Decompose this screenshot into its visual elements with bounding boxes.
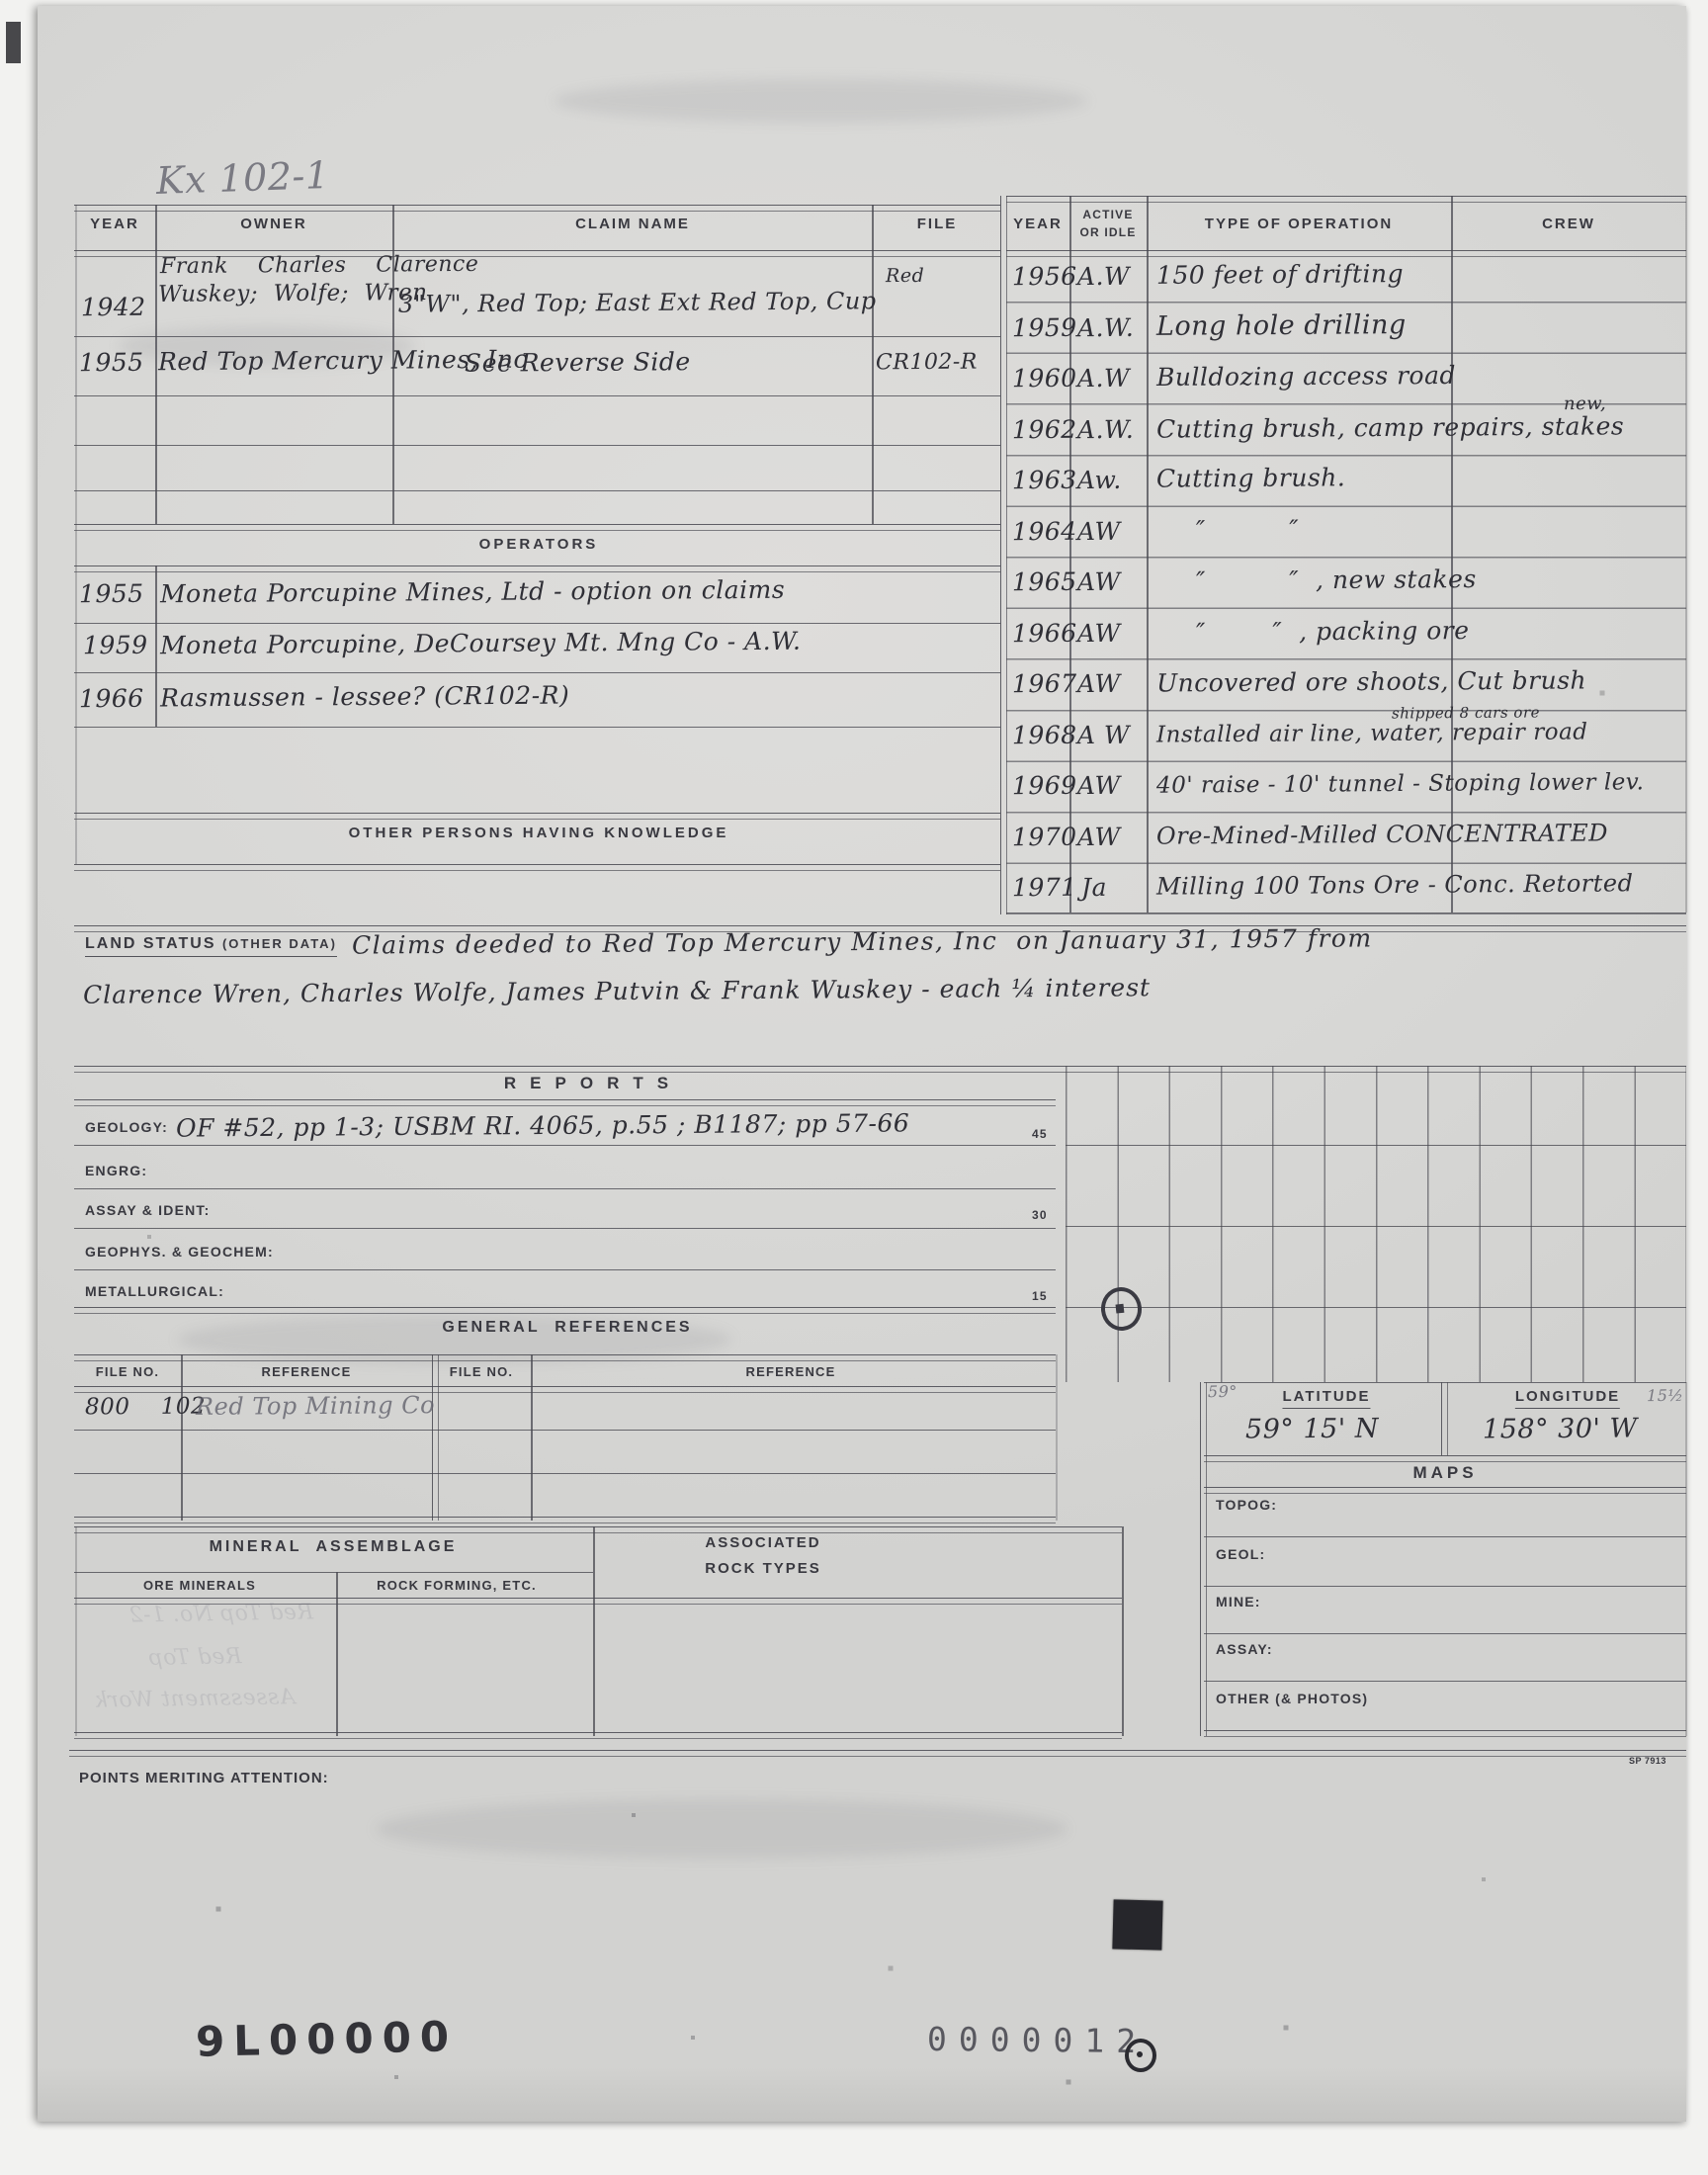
rule	[74, 1526, 1122, 1533]
ops-row-operation: Long hole drilling	[1156, 309, 1407, 342]
rule	[1204, 1487, 1686, 1494]
bleedthrough-smudge	[554, 79, 1087, 123]
ops-row-operation: Installed air line, water, repair road	[1156, 719, 1588, 747]
rule	[872, 205, 874, 524]
rule	[1204, 1536, 1686, 1537]
rule	[1685, 1382, 1687, 1736]
rule	[74, 1145, 1056, 1146]
bleedthrough-smudge	[376, 1799, 1067, 1859]
ops-row-status: Ja	[1081, 873, 1107, 902]
rule	[1006, 913, 1686, 913]
ops-row-status: AW	[1077, 517, 1121, 546]
associated-rock-types-line1: ASSOCIATED	[705, 1534, 820, 1551]
operators-section-title: OPERATORS	[479, 536, 599, 553]
ops-row-status: A.W.	[1077, 313, 1134, 342]
reports-section-title: REPORTS	[504, 1074, 682, 1093]
rule	[74, 864, 1000, 871]
claim-row-claim-name: 3"W", Red Top; East Ext Red Top, Cup	[398, 287, 877, 317]
rule	[74, 336, 1000, 337]
land-status-label-paren: (OTHER DATA)	[222, 936, 337, 951]
ops-row-year: 1965	[1012, 567, 1077, 596]
rule	[74, 490, 1000, 491]
mineral-assemblage-title: MINERAL ASSEMBLAGE	[210, 1538, 458, 1556]
claims-header-owner: OWNER	[240, 216, 307, 232]
latitude-value-handwritten: 59° 15' N	[1245, 1414, 1379, 1445]
card-code-handwritten: Kx 102-1	[155, 153, 330, 203]
scan-edge-mark	[6, 22, 21, 63]
rule	[1006, 250, 1686, 257]
land-status-label-group: LAND STATUS (OTHER DATA)	[85, 935, 337, 957]
geophys-geochem-label: GEOPHYS. & GEOCHEM:	[85, 1244, 274, 1260]
rule	[432, 1354, 439, 1521]
ops-row-operation-superscript: new,	[1564, 393, 1606, 414]
rule	[69, 1750, 1686, 1757]
ops-header-type-of-operation: TYPE OF OPERATION	[1205, 216, 1393, 232]
ops-row-status: AW	[1077, 823, 1121, 851]
rule	[74, 1572, 593, 1573]
rule	[74, 524, 1000, 531]
rule	[1204, 1681, 1686, 1682]
rule	[181, 1354, 183, 1521]
rule	[74, 1354, 1056, 1361]
rule	[1204, 1455, 1686, 1462]
rule	[74, 727, 1000, 728]
maps-assay-label: ASSAY:	[1216, 1641, 1273, 1657]
rule	[1204, 1586, 1686, 1587]
claim-row-owner-surnames: Wuskey; Wolfe; Wren	[158, 280, 428, 307]
rule	[1685, 196, 1687, 913]
rule	[74, 623, 1000, 624]
rule	[74, 1430, 1056, 1431]
ops-row-operation-superscript: shipped 8 cars ore	[1392, 703, 1540, 722]
ops-row-operation: Bulldozing access road	[1156, 361, 1456, 391]
genref-row-file-no: 800 102	[85, 1394, 206, 1421]
ops-row-year: 1960	[1012, 364, 1077, 392]
ops-row-operation: ″ ″	[1196, 515, 1299, 545]
ops-row-status: A.W.	[1077, 415, 1134, 444]
ops-row-status: A.W	[1077, 262, 1130, 291]
rule	[74, 1517, 1056, 1523]
ops-row-year: 1967	[1012, 669, 1077, 698]
claim-row-claim-name: See Reverse Side	[465, 347, 691, 378]
claims-header-year: YEAR	[90, 216, 139, 232]
genref-header-reference-1: REFERENCE	[262, 1364, 352, 1379]
points-meriting-attention-label: POINTS MERITING ATTENTION:	[79, 1770, 329, 1786]
ops-row-year: 1966	[1012, 619, 1077, 648]
rule	[1204, 1633, 1686, 1634]
rule	[75, 205, 77, 864]
ops-row-year: 1971	[1012, 873, 1077, 902]
rule	[74, 395, 1000, 396]
geology-value-handwritten: OF #52, pp 1-3; USBM RI. 4065, p.55 ; B1…	[176, 1108, 909, 1142]
rule	[1056, 1354, 1058, 1521]
maps-mine-label: MINE:	[1216, 1594, 1261, 1609]
rule	[1200, 1382, 1207, 1736]
ore-minerals-label: ORE MINERALS	[143, 1578, 256, 1593]
genref-header-file-no-1: FILE NO.	[96, 1364, 160, 1379]
assay-ident-label: ASSAY & IDENT:	[85, 1202, 211, 1218]
rule	[155, 205, 157, 524]
ops-row-year: 1963	[1012, 466, 1077, 494]
other-persons-section-title: OTHER PERSONS HAVING KNOWLEDGE	[349, 825, 729, 841]
claim-row-owner-firstnames: Frank Charles Clarence	[160, 252, 479, 279]
claims-header-claim-name: CLAIM NAME	[575, 216, 690, 232]
maps-geol-label: GEOL:	[1216, 1546, 1265, 1562]
ops-row-year: 1970	[1012, 823, 1077, 851]
ops-row-operation: ″ ″ , packing ore	[1196, 616, 1470, 647]
rule	[74, 1099, 1056, 1106]
location-grid-columns	[1066, 1066, 1686, 1382]
metallurgical-label: METALLURGICAL:	[85, 1283, 224, 1299]
serial-stamp-bottom-left: 9L00000	[196, 2012, 459, 2066]
ops-row-year: 1969	[1012, 771, 1077, 800]
rule	[74, 1269, 1056, 1270]
claim-row-claim-superscript: Red	[886, 265, 924, 287]
rule	[1006, 196, 1686, 203]
operator-row-entry: Rasmussen - lessee? (CR102-R)	[160, 681, 569, 713]
ops-row-year: 1962	[1012, 415, 1077, 444]
land-status-label: LAND STATUS	[85, 935, 222, 952]
ops-row-status: Aw.	[1077, 466, 1122, 494]
rule	[74, 565, 1000, 572]
margin-number-45: 45	[1032, 1127, 1048, 1141]
geology-label: GEOLOGY:	[85, 1119, 168, 1135]
ops-row-year: 1964	[1012, 517, 1077, 546]
rule	[531, 1354, 533, 1521]
rule	[75, 1526, 77, 1736]
latitude-pencil-note: 59°	[1208, 1382, 1238, 1401]
ops-row-operation: Milling 100 Tons Ore - Conc. Retorted	[1156, 869, 1634, 900]
rule	[1066, 1226, 1686, 1227]
dark-square-mark	[1112, 1899, 1162, 1950]
rule	[74, 813, 1000, 820]
rule	[1451, 196, 1453, 913]
scan-speckles	[0, 0, 2, 2]
ops-header-active: ACTIVE	[1082, 208, 1133, 221]
maps-other-photos-label: OTHER (& PHOTOS)	[1216, 1691, 1368, 1706]
bleedthrough-text: Red Top No. 1-2	[128, 1600, 313, 1627]
ops-row-year: 1968	[1012, 721, 1077, 749]
operator-row-year: 1966	[79, 684, 144, 713]
ops-header-or-idle: OR IDLE	[1079, 225, 1136, 239]
ops-row-status: AW	[1077, 669, 1121, 698]
operator-row-entry: Moneta Porcupine Mines, Ltd - option on …	[160, 575, 785, 608]
ops-row-status: AW	[1077, 567, 1121, 596]
genref-row-reference: Red Top Mining Co	[196, 1391, 435, 1421]
ops-row-status: A.W	[1077, 364, 1130, 392]
operator-row-entry: Moneta Porcupine, DeCoursey Mt. Mng Co -…	[160, 627, 802, 660]
registration-ring-mark	[1125, 2039, 1156, 2072]
maps-topog-label: TOPOG:	[1216, 1497, 1277, 1513]
claim-row-file-no: CR102-R	[876, 350, 978, 376]
rule	[74, 1732, 1122, 1739]
rule	[1066, 1145, 1686, 1146]
rule	[1204, 1730, 1686, 1737]
rule	[336, 1572, 338, 1736]
ops-row-status: AW	[1077, 619, 1121, 648]
ops-row-operation: Uncovered ore shoots, Cut brush	[1156, 665, 1586, 697]
rule	[74, 205, 1000, 212]
claim-row-year: 1942	[81, 293, 146, 321]
ops-row-operation: Ore-Mined-Milled CONCENTRATED	[1156, 819, 1608, 849]
rule	[74, 672, 1000, 673]
maps-section-title: MAPS	[1412, 1463, 1477, 1483]
serial-stamp-bottom-right: 0000012	[927, 2020, 1148, 2060]
operator-row-year: 1955	[79, 579, 144, 608]
ops-header-crew: CREW	[1542, 216, 1595, 232]
longitude-pencil-note: 15½	[1647, 1386, 1684, 1405]
longitude-value-handwritten: 158° 30' W	[1483, 1413, 1638, 1444]
rule	[593, 1526, 595, 1736]
rule	[74, 1188, 1056, 1189]
rule	[74, 445, 1000, 446]
rule	[1069, 196, 1071, 913]
ops-row-operation: ″ ″ , new stakes	[1196, 565, 1477, 595]
ops-row-year: 1959	[1012, 313, 1077, 342]
rule	[1147, 196, 1149, 913]
ops-row-operation: 40' raise - 10' tunnel - Stoping lower l…	[1156, 769, 1645, 798]
genref-header-file-no-2: FILE NO.	[450, 1364, 514, 1379]
general-references-title: GENERAL REFERENCES	[442, 1319, 692, 1337]
scanned-mining-record-card: Kx 102-1 YEAR OWNER CLAIM NAME FILE 1942…	[0, 0, 1708, 2175]
rule	[1441, 1382, 1448, 1455]
bleedthrough-text: Red Top	[148, 1644, 242, 1671]
margin-number-15: 15	[1032, 1289, 1048, 1303]
rule	[74, 1473, 1056, 1474]
claim-row-year: 1955	[79, 348, 144, 377]
genref-header-reference-2: REFERENCE	[746, 1364, 836, 1379]
rule	[1066, 1307, 1686, 1308]
margin-number-30: 30	[1032, 1208, 1048, 1222]
rule	[155, 565, 157, 727]
ops-row-year: 1956	[1012, 262, 1077, 291]
operator-row-year: 1959	[83, 631, 148, 659]
ops-row-operation: 150 feet of drifting	[1156, 259, 1404, 290]
ops-row-status: A W	[1077, 721, 1130, 749]
latitude-label: LATITUDE	[1282, 1388, 1370, 1409]
rule	[74, 1228, 1056, 1229]
bleedthrough-text: Assessment Work	[94, 1685, 296, 1713]
rock-forming-label: ROCK FORMING, ETC.	[377, 1578, 537, 1593]
associated-rock-types-line2: ROCK TYPES	[705, 1560, 821, 1577]
form-number: SP 7913	[1629, 1756, 1666, 1766]
engrg-label: ENGRG:	[85, 1163, 147, 1178]
ops-header-year: YEAR	[1013, 216, 1063, 232]
rule	[1122, 1526, 1124, 1736]
scan-bottom-shadow	[38, 2066, 1686, 2122]
ops-row-operation: Cutting brush, camp repairs, stakes	[1156, 411, 1624, 443]
rule	[74, 1307, 1056, 1314]
claims-header-file: FILE	[917, 216, 958, 232]
longitude-label: LONGITUDE	[1515, 1388, 1620, 1409]
ops-row-status: AW	[1077, 771, 1121, 800]
ops-row-operation: Cutting brush.	[1156, 463, 1346, 492]
